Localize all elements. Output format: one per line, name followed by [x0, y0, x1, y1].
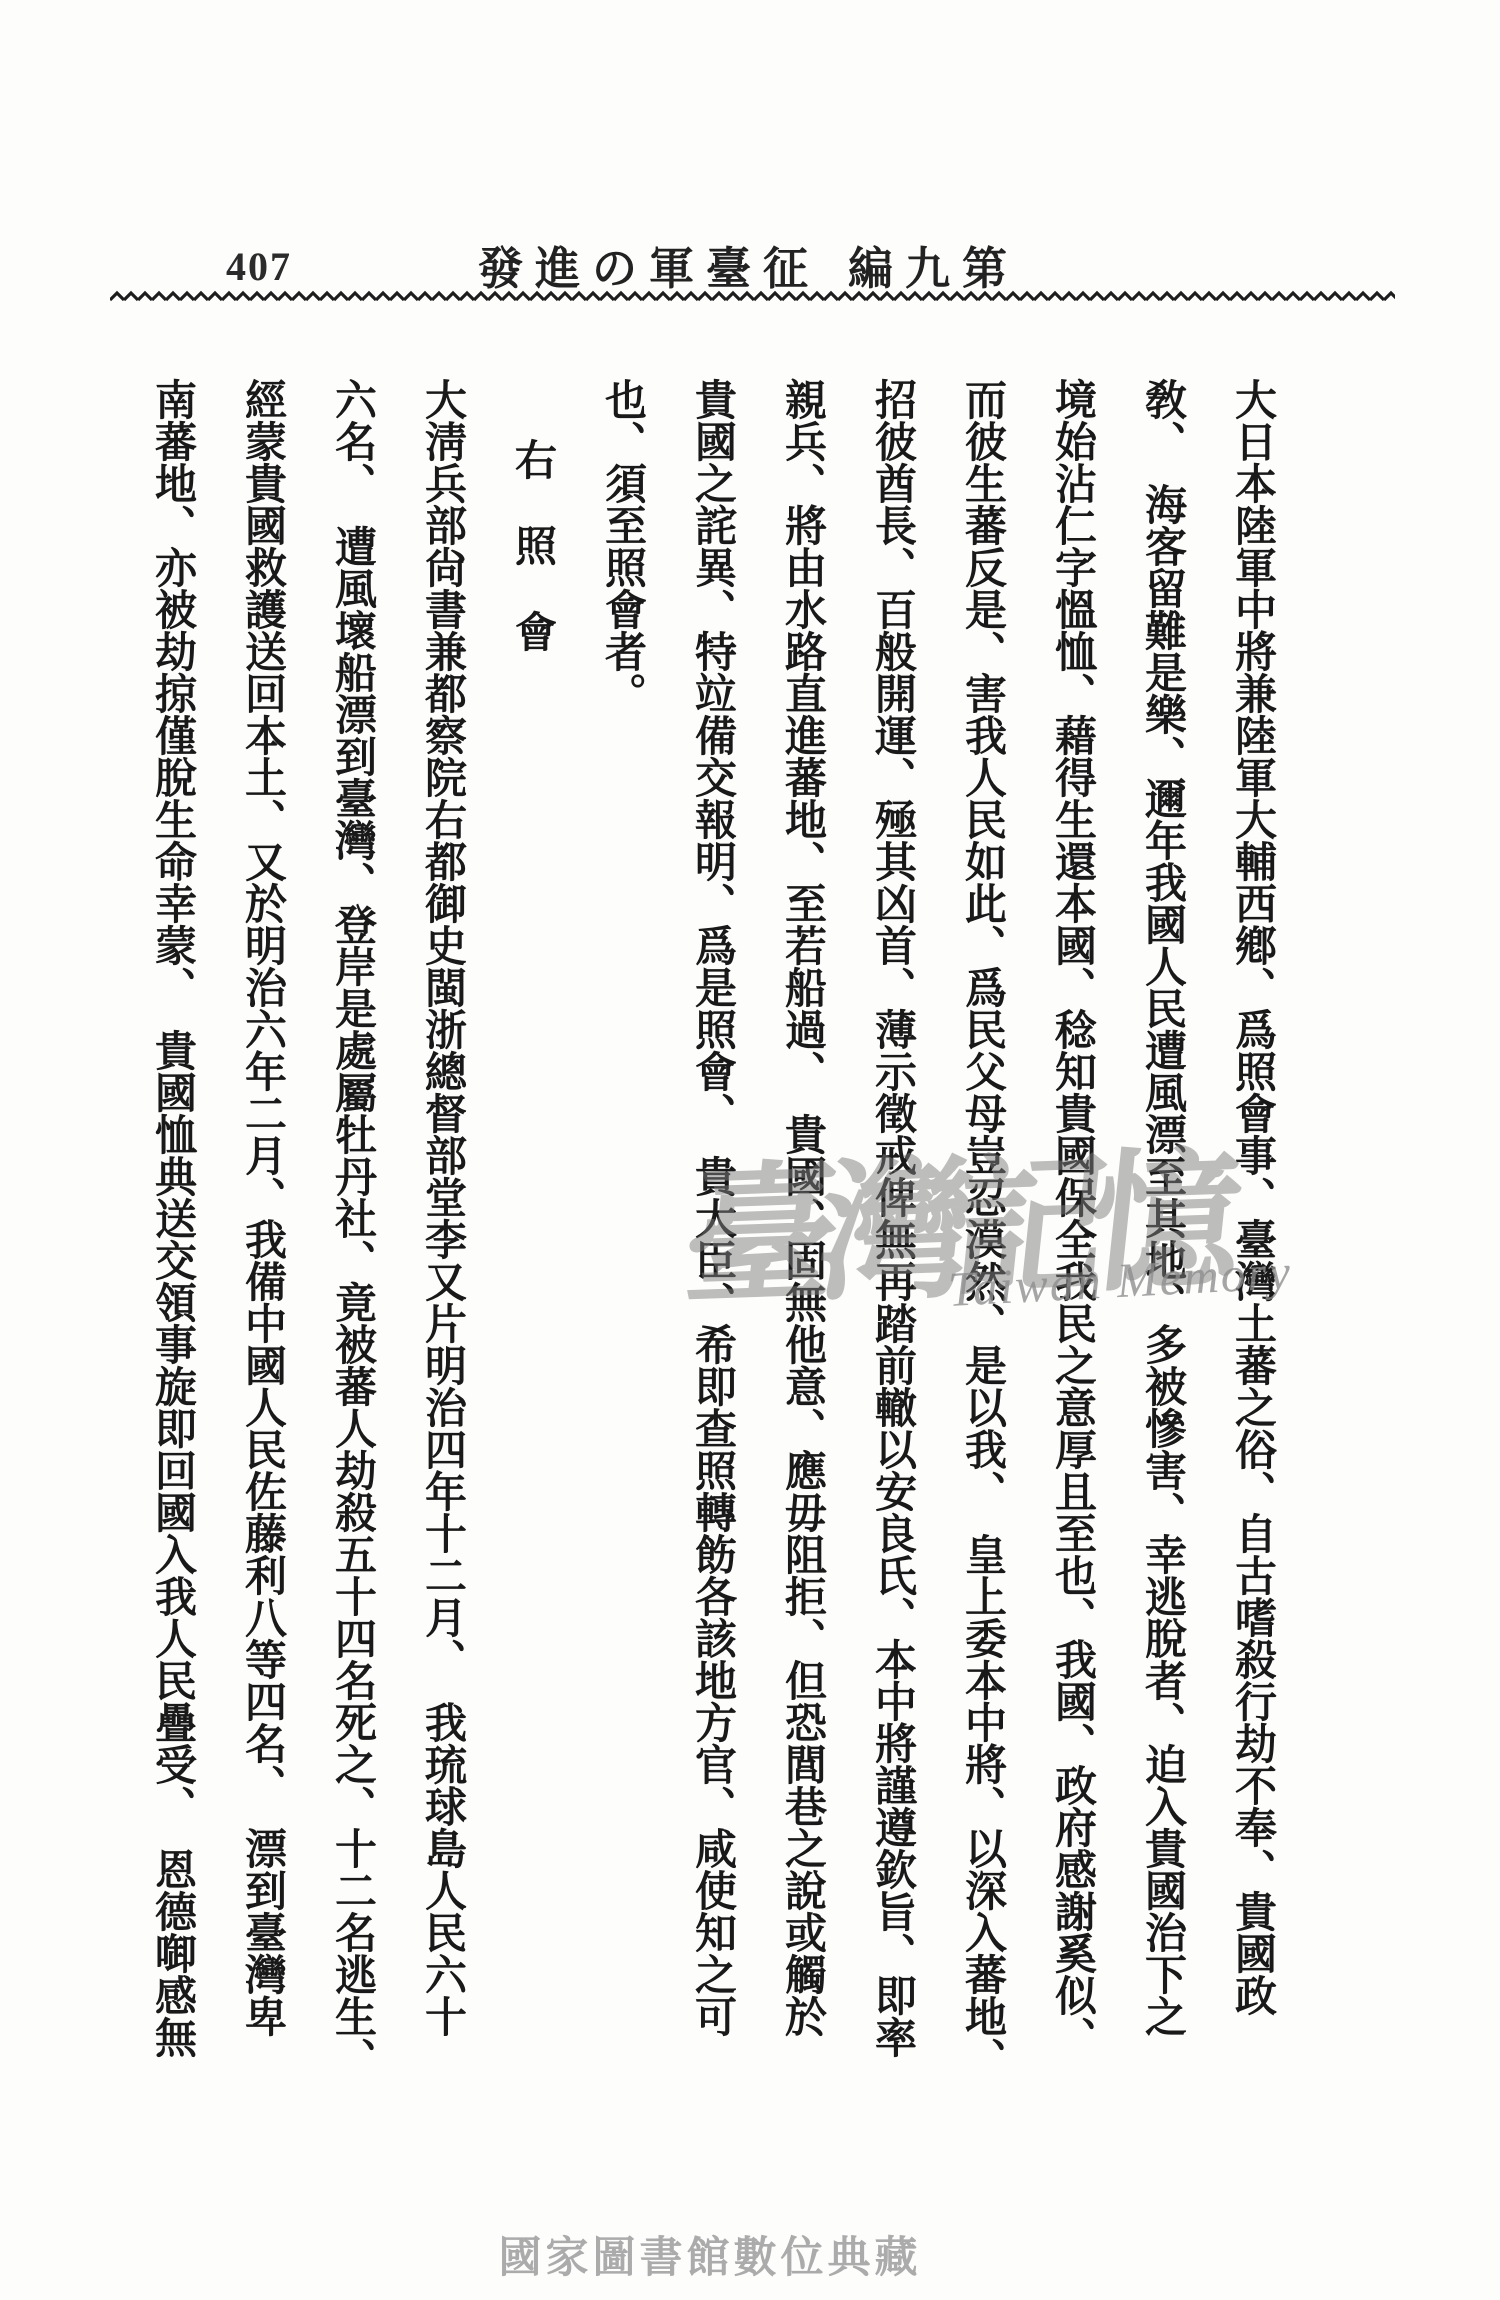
library-footer-text: 國家圖書館數位典藏: [499, 2224, 922, 2285]
wavy-divider: [110, 288, 1395, 311]
text-column: 境始沾仁字慍恤、藉得生還本國、稔知貴國保全我民之意厚且至也、我國、政府感謝奚似、: [1027, 378, 1117, 2168]
text-column: 敎、 海客留難是樂、邇年我國人民遭風漂至其地、多被慘害、幸逃脫者、迫入貴國治下之: [1117, 378, 1207, 2168]
text-column: 經蒙貴國救護送回本土、又於明治六年二月、我備中國人民佐藤利八等四名、 漂到臺灣卑: [217, 378, 307, 2168]
text-column: 招彼酋長、百般開運、殛其凶首、薄示徵戒俾無再踏前轍以安良氏、本中將謹遵欽旨、即率: [847, 378, 937, 2168]
text-column-closing-note: 右照會: [487, 378, 577, 2168]
text-column: 六名、 遭風壞船漂到臺灣、登岸是處屬牡丹社、竟被蕃人劫殺五十四名死之、十二名逃生…: [307, 378, 397, 2168]
text-column: 貴國之詫異、特竝備交報明、爲是照會、 貴大臣、希即查照轉飭各該地方官、咸使知之可: [667, 378, 757, 2168]
text-column: 大日本陸軍中將兼陸軍大輔西鄕、爲照會事、臺灣土蕃之俗、自古嗜殺行劫不奉、貴國政: [1207, 378, 1297, 2168]
text-column: 而彼生蕃反是、害我人民如此、爲民父母豈忍漠然、是以我、 皇上委本中將、以深入蕃地…: [937, 378, 1027, 2168]
text-column: 大淸兵部尙書兼都察院右都御史閩浙總督部堂李又片明治四年十二月、 我琉球島人民六十: [397, 378, 487, 2168]
text-column: 南蕃地、亦被劫掠僅脫生命幸蒙、 貴國恤典送交領事旋即回國入我人民疊受、 恩德啣感…: [127, 378, 217, 2168]
text-column: 親兵、將由水路直進蕃地、至若船過、 貴國、固無他意、應毋阻拒、但恐閭巷之說或觸於: [757, 378, 847, 2168]
text-column: 也、須至照會者。: [577, 378, 667, 2168]
document-text-block: 大日本陸軍中將兼陸軍大輔西鄕、爲照會事、臺灣土蕃之俗、自古嗜殺行劫不奉、貴國政 …: [127, 378, 1297, 2168]
scanned-book-page: 407 發進の軍臺征 編九第 大日本陸軍中將兼陸軍大輔西鄕、爲照會事、臺灣土蕃之…: [0, 0, 1500, 2300]
page-number: 407: [226, 243, 292, 290]
